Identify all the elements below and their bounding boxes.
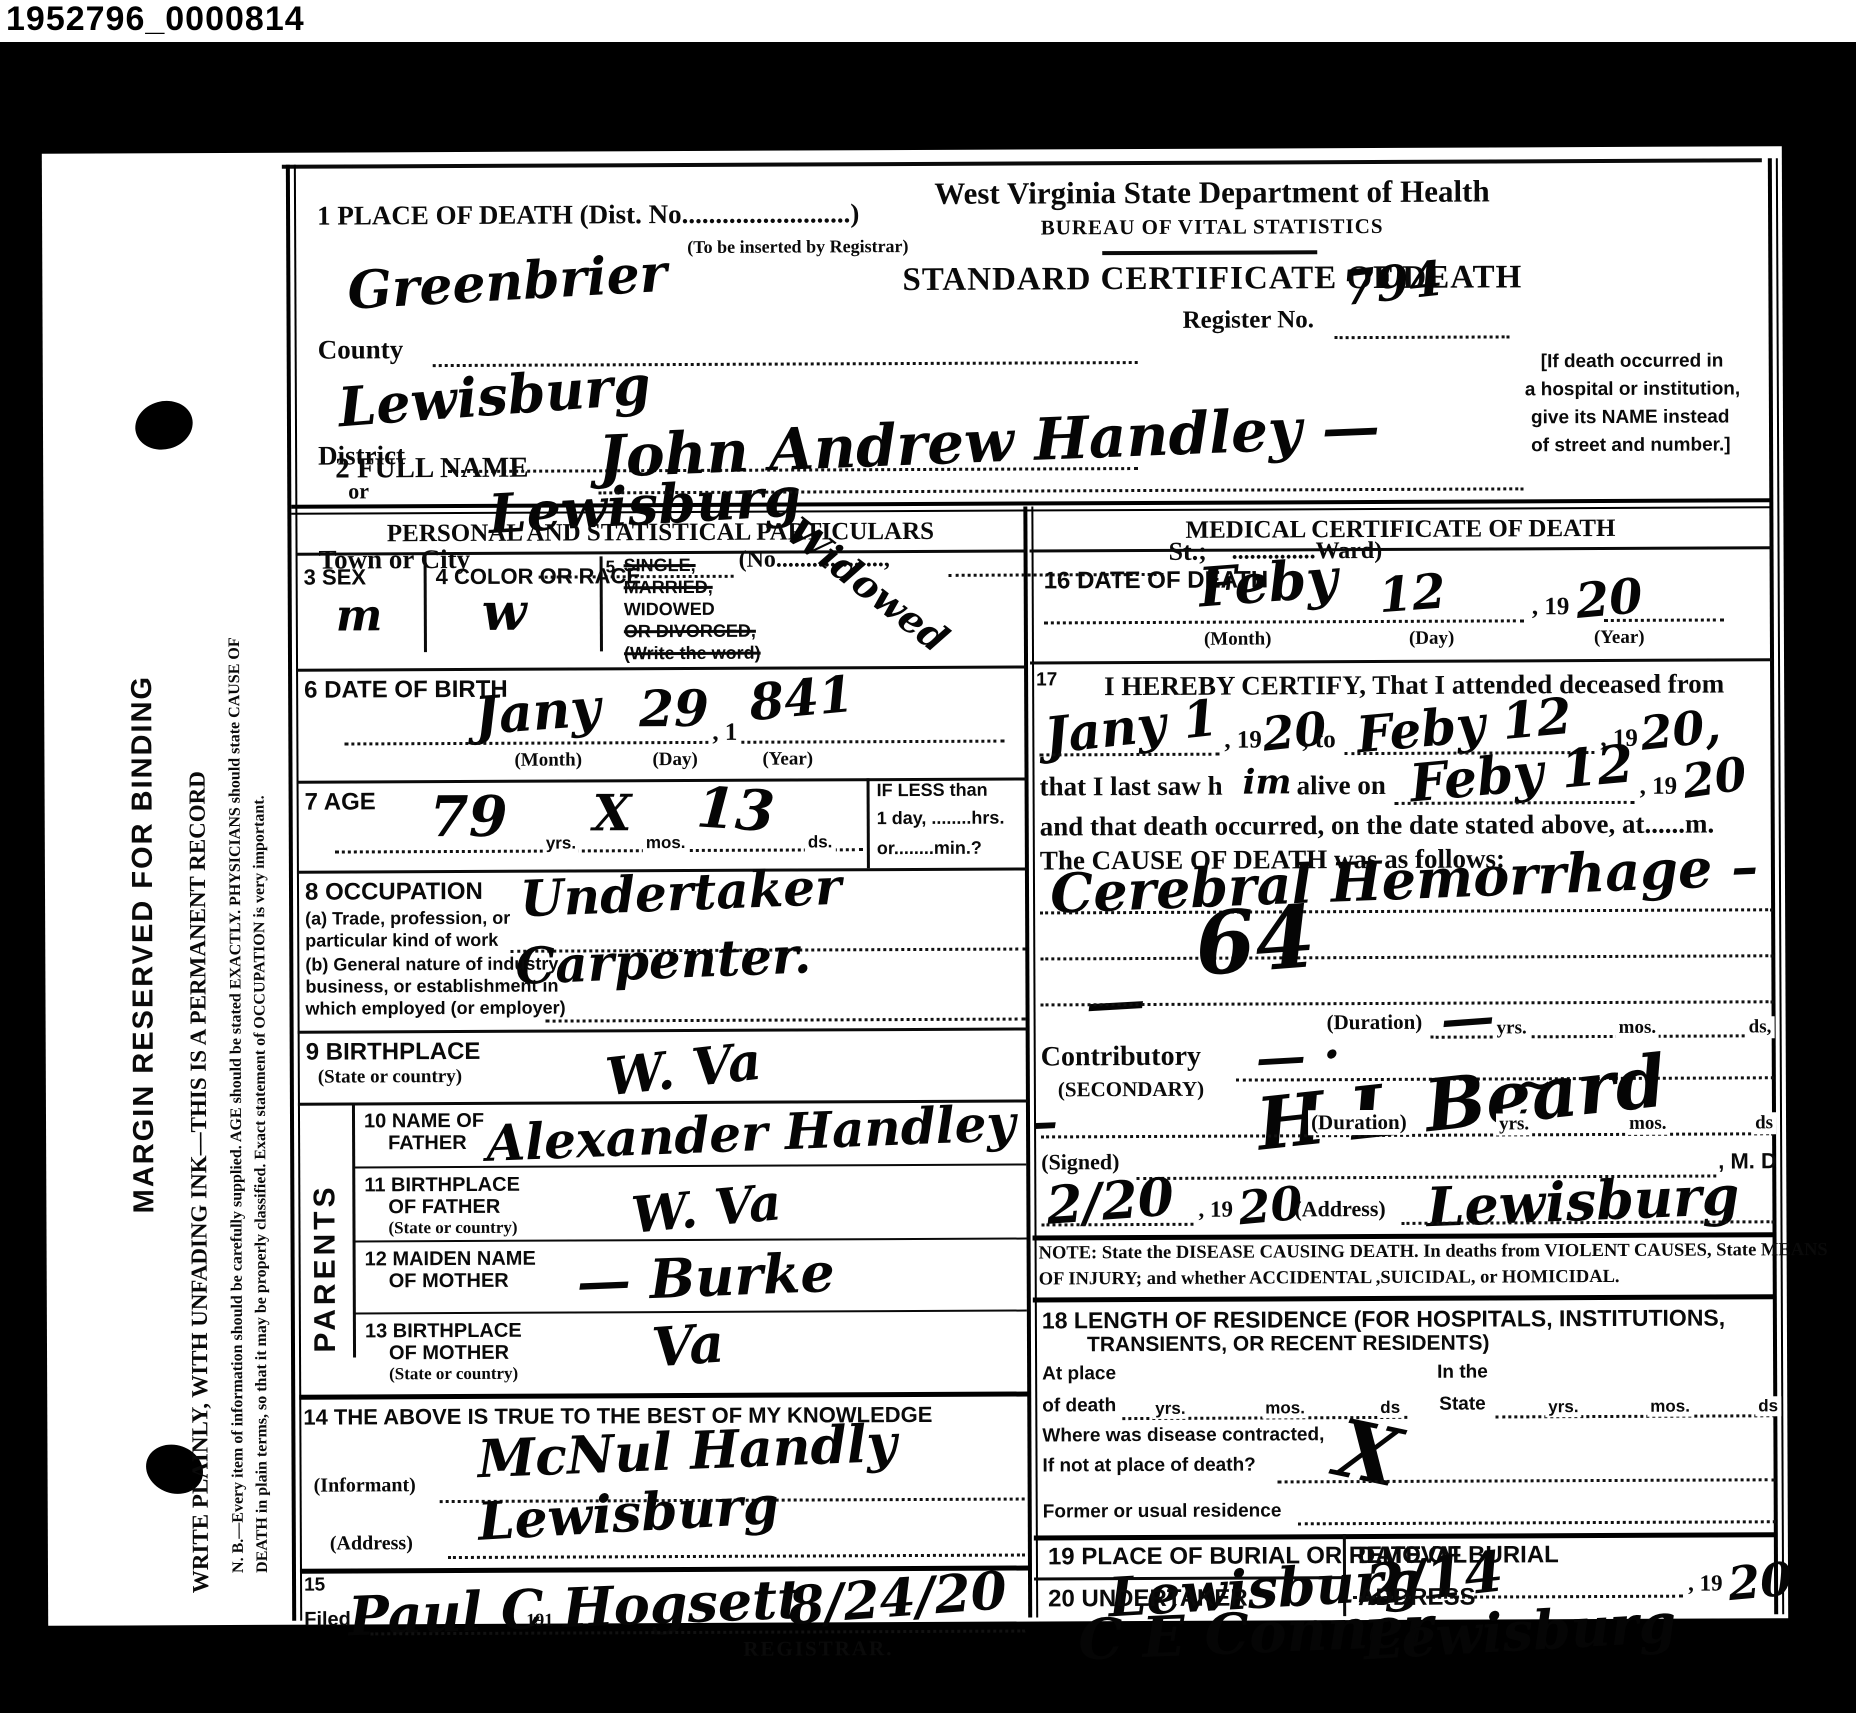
dod-year-prefix: , 19 (1532, 593, 1570, 621)
scanned-death-certificate: 1952796_0000814 MARGIN RESERVED FOR BIND… (0, 0, 1856, 1713)
residence-yrs-label: yrs. (1152, 1399, 1188, 1419)
dob-day-handwriting: 29 (639, 679, 709, 738)
of-death-label: of death (1042, 1395, 1116, 1417)
hospital-note-line1: [If death occurred in (1541, 350, 1724, 373)
form-left-rule (286, 165, 302, 1621)
last-saw-line (1395, 799, 1635, 805)
duration2-mos-label: mos. (1626, 1113, 1670, 1135)
informant-address-line (448, 1552, 1025, 1560)
secondary-label: (SECONDARY) (1058, 1077, 1204, 1103)
residence-label-line1: 18 LENGTH OF RESIDENCE (FOR HOSPITALS, I… (1042, 1304, 1725, 1334)
last-saw-him-handwriting: im (1242, 762, 1291, 802)
contracted-line (1278, 1476, 1776, 1483)
former-residence-label: Former or usual residence (1043, 1500, 1282, 1523)
hospital-note-line3: give its NAME instead (1531, 406, 1730, 429)
certificate-title: STANDARD CERTIFICATE OF DEATH (872, 259, 1552, 299)
county-handwriting: Greenbrier (346, 243, 669, 322)
occ-b-line (546, 1016, 1026, 1023)
signed-year-prefix: , 19 (1198, 1197, 1233, 1223)
duration-ds-label: ds, (1746, 1016, 1775, 1038)
age-days-handwriting: 13 (695, 774, 777, 845)
marital-option-widowed: WIDOWED (624, 599, 715, 620)
signed-address-label: (Address) (1294, 1196, 1385, 1222)
marital-option-divorced: OR DIVORCED, (624, 621, 756, 643)
signed-date-line (1041, 1221, 1193, 1227)
filed-printed-year: 191 (526, 1610, 553, 1631)
duration2-label: (Duration) (1308, 1110, 1410, 1135)
county-label: County (318, 334, 404, 365)
age-yrs-label: yrs. (543, 833, 579, 853)
age-months-handwriting: X (593, 783, 632, 842)
attended-from-line (1039, 751, 1219, 757)
occ-a-line2: particular kind of work (305, 930, 498, 952)
cause-64-handwriting: 64 (1192, 886, 1319, 996)
mother-bp-label2: OF MOTHER (389, 1342, 509, 1366)
cause-line-2 (1040, 952, 1773, 960)
burial-year-prefix: , 19 (1688, 1570, 1723, 1596)
dob-year-handwriting: 841 (747, 664, 856, 732)
duration-line (1431, 1032, 1774, 1038)
ifless-line2: 1 day, ........hrs. (877, 808, 1005, 830)
register-no-line (1335, 333, 1510, 339)
in-the-label: In the (1437, 1362, 1488, 1384)
occ-b-line1: (b) General nature of industry, (305, 954, 562, 976)
fullname-handwriting: John Andrew Handley — (597, 392, 1381, 491)
dob-line (344, 738, 1004, 746)
duration2-ds-label: ds (1752, 1112, 1776, 1134)
sex-handwriting: m (336, 590, 383, 641)
birthplace-label: 9 BIRTHPLACE (306, 1038, 481, 1067)
parents-line-2 (355, 1238, 1027, 1243)
age-ifless-divider (867, 778, 870, 868)
father-bp-label1: 11 BIRTHPLACE (364, 1174, 520, 1198)
parents-bottom-rule (299, 1392, 1029, 1400)
bureau-subtitle: BUREAU OF VITAL STATISTICS (892, 213, 1532, 241)
last-year-prefix: , 19 (1640, 773, 1678, 801)
father-name-label1: 10 NAME OF (364, 1110, 484, 1134)
scan-id-label: 1952796_0000814 (6, 0, 305, 39)
mother-bp-label1: 13 BIRTHPLACE (365, 1320, 522, 1344)
bureau-divider (1102, 250, 1317, 255)
race-handwriting: w (482, 582, 527, 643)
cause-line-3 (1041, 998, 1774, 1006)
dod-year-sublabel: (Year) (1594, 627, 1645, 649)
state-yrs-label: yrs. (1545, 1397, 1581, 1417)
dob-day-sublabel: (Day) (652, 749, 697, 771)
contracted-label-line1: Where was disease contracted, (1042, 1424, 1324, 1447)
occupation-label: 8 OCCUPATION (305, 878, 483, 907)
filed-date-handwriting: 8/24/20 (786, 1560, 1009, 1637)
marital-option-single: SINGLE, (624, 555, 696, 576)
state-label: State (1439, 1394, 1486, 1416)
register-no-label: Register No. (1182, 306, 1314, 335)
ifless-line3: or........min.? (877, 838, 982, 859)
informant-address-label: (Address) (330, 1532, 413, 1555)
mother-bp-sublabel: (State or country) (389, 1364, 518, 1385)
margin-binding-text: MARGIN RESERVED FOR BINDING (126, 653, 161, 1213)
from-year-prefix: , 19 (1224, 726, 1262, 754)
occ-b-line2: business, or establishment in (305, 976, 558, 998)
mother-name-handwriting: — Burke (576, 1240, 836, 1314)
age-years-handwriting: 79 (430, 784, 508, 850)
residence-mos-label: mos. (1262, 1398, 1308, 1418)
father-bp-sublabel: (State or country) (388, 1218, 517, 1239)
duration-mos-label: mos. (1616, 1017, 1660, 1039)
filed-signature-handwriting: Paul C Hogsett (347, 1567, 803, 1649)
note-bottom-rule (1033, 1294, 1775, 1302)
right-title-rule (1030, 546, 1772, 552)
personal-section-title: PERSONAL AND STATISTICAL PARTICULARS (295, 518, 1025, 549)
last-year-handwriting: 20 (1679, 746, 1750, 809)
registrar-note: (To be inserted by Registrar) (687, 236, 908, 258)
dod-month-sublabel: (Month) (1204, 628, 1272, 650)
last-saw-text2: alive on (1296, 770, 1385, 801)
margin-nb-line1: N. B.—Every item of information should b… (224, 243, 248, 1573)
age-mos-label: mos. (643, 833, 689, 853)
note-line1: NOTE: State the DISEASE CAUSING DEATH. I… (1039, 1240, 1828, 1264)
signed-bottom-rule (1033, 1232, 1775, 1240)
birthplace-handwriting: W. Va (603, 1031, 764, 1109)
certificate-page: MARGIN RESERVED FOR BINDING WRITE PLAINL… (42, 146, 1788, 1626)
row-line-1 (296, 666, 1026, 672)
dod-day-handwriting: 12 (1377, 563, 1448, 624)
dod-month-handwriting: Feby (1196, 545, 1339, 619)
parents-label: PARENTS (308, 1138, 343, 1353)
mother-name-label2: OF MOTHER (389, 1270, 509, 1294)
burial-year-handwriting: 20 (1726, 1552, 1795, 1612)
filed-number: 15 (304, 1575, 325, 1597)
ifless-line1: IF LESS than (877, 780, 988, 801)
page-top-rule (282, 158, 1762, 168)
contracted-label-line2: If not at place of death? (1042, 1455, 1255, 1478)
dod-year-line (1604, 616, 1724, 622)
dept-title: West Virginia State Department of Health (892, 173, 1532, 212)
residence-state-line (1495, 1412, 1775, 1418)
occ-a-line1: (a) Trade, profession, or (305, 908, 510, 930)
birthplace-sublabel: (State or country) (318, 1066, 462, 1089)
certify-number: 17 (1036, 669, 1057, 691)
dob-month-sublabel: (Month) (514, 749, 582, 771)
dob-year-sublabel: (Year) (762, 748, 813, 770)
note-line2: OF INJURY; and whether ACCIDENTAL ,SUICI… (1039, 1267, 1620, 1291)
dob-month-handwriting: Jany (472, 677, 603, 747)
duration-dash-mark: — (1438, 984, 1497, 1052)
age-label: 7 AGE (305, 788, 376, 816)
father-bp-handwriting: W. Va (629, 1172, 784, 1244)
state-mos-label: mos. (1647, 1397, 1693, 1417)
informant-label: (Informant) (314, 1474, 416, 1497)
residence-bottom-rule (1034, 1532, 1776, 1540)
hospital-note-line2: a hospital or institution, (1525, 378, 1740, 401)
place-of-death-label: 1 PLACE OF DEATH (Dist. No..............… (317, 198, 859, 231)
duration2-yrs-label: yrs. (1496, 1113, 1532, 1135)
register-no-handwriting: 794 (1340, 251, 1446, 318)
fullname-label: 2 FULL NAME (335, 452, 528, 486)
occupation-a-handwriting: Undertaker (519, 857, 842, 929)
margin-permanent-text: WRITE PLAINLY, WITH UNFADING INK—THIS IS… (183, 433, 214, 1593)
physician-address-handwriting: Lewisburg (1425, 1163, 1740, 1239)
death-occurred-text: and that death occurred, on the date sta… (1040, 809, 1715, 843)
father-name-label2: FATHER (388, 1132, 467, 1155)
residence-label-line2: TRANSIENTS, OR RECENT RESIDENTS) (1087, 1331, 1490, 1357)
state-ds-label: ds (1755, 1396, 1781, 1416)
dod-day-sublabel: (Day) (1409, 628, 1454, 650)
marital-write-word: (Write the word) (624, 643, 761, 665)
registrar-caption: REGISTRAR. (743, 1636, 893, 1662)
row-line-4 (298, 1028, 1028, 1034)
marital-option-married: MARRIED, (624, 577, 713, 598)
father-bp-label2: OF FATHER (388, 1196, 500, 1219)
parents-divider (352, 1102, 356, 1357)
last-saw-text1: that I last saw h (1040, 771, 1223, 803)
mother-bp-handwriting: Va (650, 1310, 726, 1379)
dob-year-prefix: , 1 (709, 719, 740, 747)
medical-section-title: MEDICAL CERTIFICATE OF DEATH (1029, 514, 1771, 545)
parents-line-1 (354, 1164, 1026, 1169)
scan-header-strip: 1952796_0000814 (0, 0, 1856, 42)
marital-number: 5 (606, 557, 616, 577)
margin-nb-line2: DEATH in plain terms, so that it may be … (248, 243, 272, 1573)
hospital-note-line4: of street and number.] (1531, 434, 1731, 457)
occ-b-line3: which employed (or employer) (305, 998, 565, 1020)
mother-name-label1: 12 MAIDEN NAME (365, 1248, 536, 1272)
contributory-label: Contributory (1041, 1041, 1201, 1074)
duration-yrs-label: yrs. (1494, 1017, 1530, 1039)
dod-line (1044, 617, 1524, 624)
age-line (335, 846, 863, 853)
former-residence-line (1298, 1518, 1776, 1525)
right-row-line-1 (1030, 658, 1772, 664)
attended-to-text: , to (1302, 726, 1335, 754)
sex-race-divider (424, 557, 427, 652)
age-ds-label: ds. (805, 832, 836, 852)
sex-label: 3 SEX (304, 564, 366, 590)
at-place-label: At place (1042, 1363, 1116, 1385)
filed-label: Filed (304, 1608, 351, 1631)
